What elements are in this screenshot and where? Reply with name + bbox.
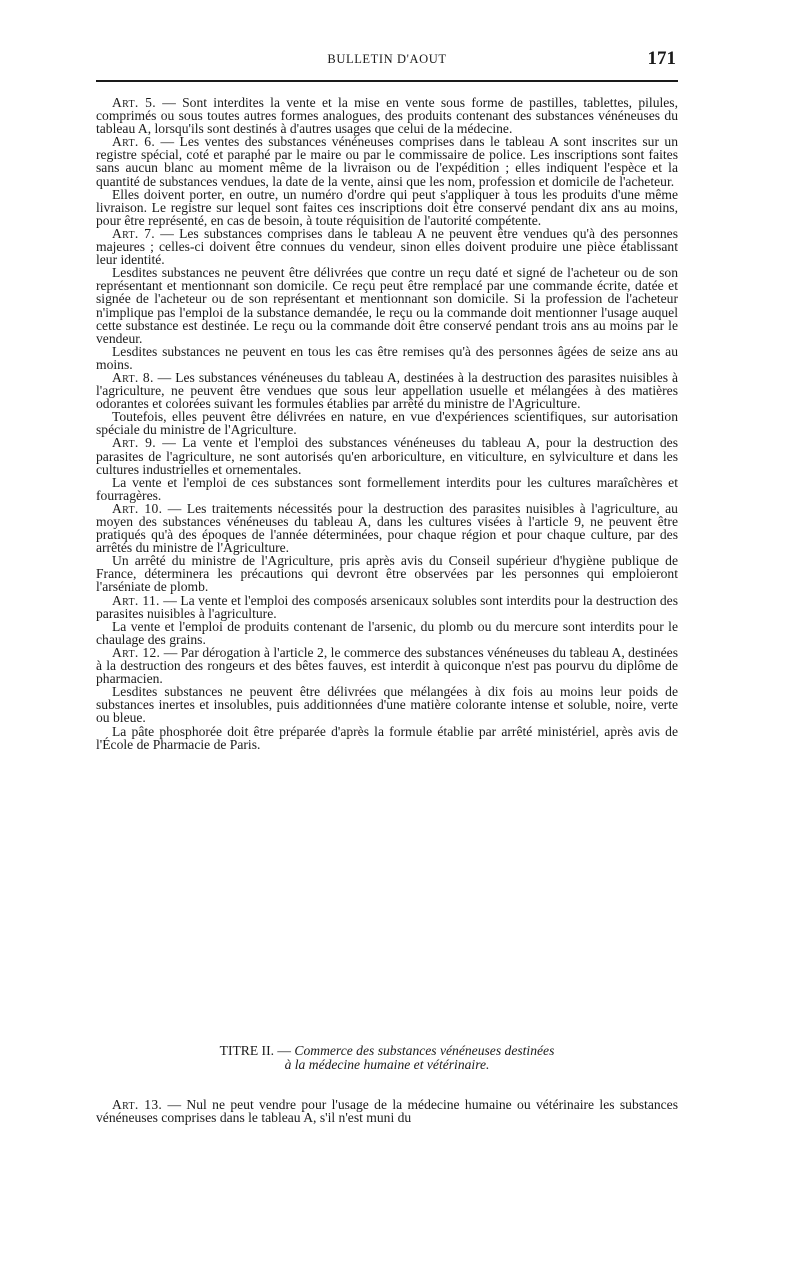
paragraph-text: — Par dérogation à l'article 2, le comme… — [96, 645, 678, 686]
article-13-block: Art. 13. — Nul ne peut vendre pour l'usa… — [96, 1098, 678, 1124]
article-5-paragraph: Art. 5. — Sont interdites la vente et la… — [96, 96, 678, 135]
article-13-paragraph: Art. 13. — Nul ne peut vendre pour l'usa… — [96, 1098, 678, 1124]
paragraph-text: Lesdites substances ne peuvent être déli… — [96, 684, 678, 725]
article-9-paragraph: Art. 9. — La vente et l'emploi des subst… — [96, 436, 678, 475]
paragraph-text: La vente et l'emploi de ces substances s… — [96, 475, 678, 503]
paragraph-text: La pâte phosphorée doit être préparée d'… — [96, 724, 678, 752]
section-title-text: à la médecine humaine et vétérinaire. — [285, 1057, 490, 1072]
section-title-line-2: à la médecine humaine et vétérinaire. — [96, 1058, 678, 1072]
paragraph-text: — La vente et l'emploi des substances vé… — [96, 435, 678, 476]
page-number: 171 — [648, 48, 677, 70]
paragraph-text: Un arrêté du ministre de l'Agriculture, … — [96, 553, 678, 594]
paragraph: La vente et l'emploi de produits contena… — [96, 620, 678, 646]
header-rule — [96, 80, 678, 82]
paragraph-text: Elles doivent porter, en outre, un numér… — [96, 187, 678, 228]
paragraph-text: — Les ventes des substances vénéneuses c… — [96, 134, 678, 188]
paragraph: Un arrêté du ministre de l'Agriculture, … — [96, 554, 678, 593]
paragraph: Elles doivent porter, en outre, un numér… — [96, 188, 678, 227]
paragraph-text: — Nul ne peut vendre pour l'usage de la … — [96, 1097, 678, 1125]
paragraph: La vente et l'emploi de ces substances s… — [96, 476, 678, 502]
paragraph-text: Toutefois, elles peuvent être délivrées … — [96, 409, 678, 437]
paragraph: Lesdites substances ne peuvent être déli… — [96, 266, 678, 345]
paragraph-text: — Les traitements nécessités pour la des… — [96, 501, 678, 555]
article-8-paragraph: Art. 8. — Les substances vénéneuses du t… — [96, 371, 678, 410]
section-title-line-1: TITRE II. — Commerce des substances véné… — [96, 1044, 678, 1058]
paragraph: Lesdites substances ne peuvent en tous l… — [96, 345, 678, 371]
article-6-paragraph: Art. 6. — Les ventes des substances véné… — [96, 135, 678, 187]
paragraph-text: Lesdites substances ne peuvent en tous l… — [96, 344, 678, 372]
paragraph-text: — Les substances comprises dans le table… — [96, 226, 678, 267]
section-title-text: Commerce des substances vénéneuses desti… — [294, 1043, 554, 1058]
running-head: BULLETIN D'AOUT 171 — [96, 50, 678, 70]
paragraph-text: Lesdites substances ne peuvent être déli… — [96, 265, 678, 345]
paragraph: La pâte phosphorée doit être préparée d'… — [96, 725, 678, 751]
article-7-paragraph: Art. 7. — Les substances comprises dans … — [96, 227, 678, 266]
paragraph: Toutefois, elles peuvent être délivrées … — [96, 410, 678, 436]
paragraph-text: — Les substances vénéneuses du tableau A… — [96, 370, 678, 411]
paragraph-text: — Sont interdites la vente et la mise en… — [96, 95, 678, 136]
section-title-label: TITRE II. — — [220, 1043, 295, 1058]
paragraph-text: La vente et l'emploi de produits contena… — [96, 619, 678, 647]
article-12-paragraph: Art. 12. — Par dérogation à l'article 2,… — [96, 646, 678, 685]
article-11-paragraph: Art. 11. — La vente et l'emploi des comp… — [96, 594, 678, 620]
article-10-paragraph: Art. 10. — Les traitements nécessités po… — [96, 502, 678, 554]
section-title: TITRE II. — Commerce des substances véné… — [96, 1044, 678, 1072]
running-title: BULLETIN D'AOUT — [96, 52, 678, 67]
paragraph: Lesdites substances ne peuvent être déli… — [96, 685, 678, 724]
paragraph-text: — La vente et l'emploi des composés arse… — [96, 593, 678, 621]
body-text: Art. 5. — Sont interdites la vente et la… — [96, 96, 678, 751]
